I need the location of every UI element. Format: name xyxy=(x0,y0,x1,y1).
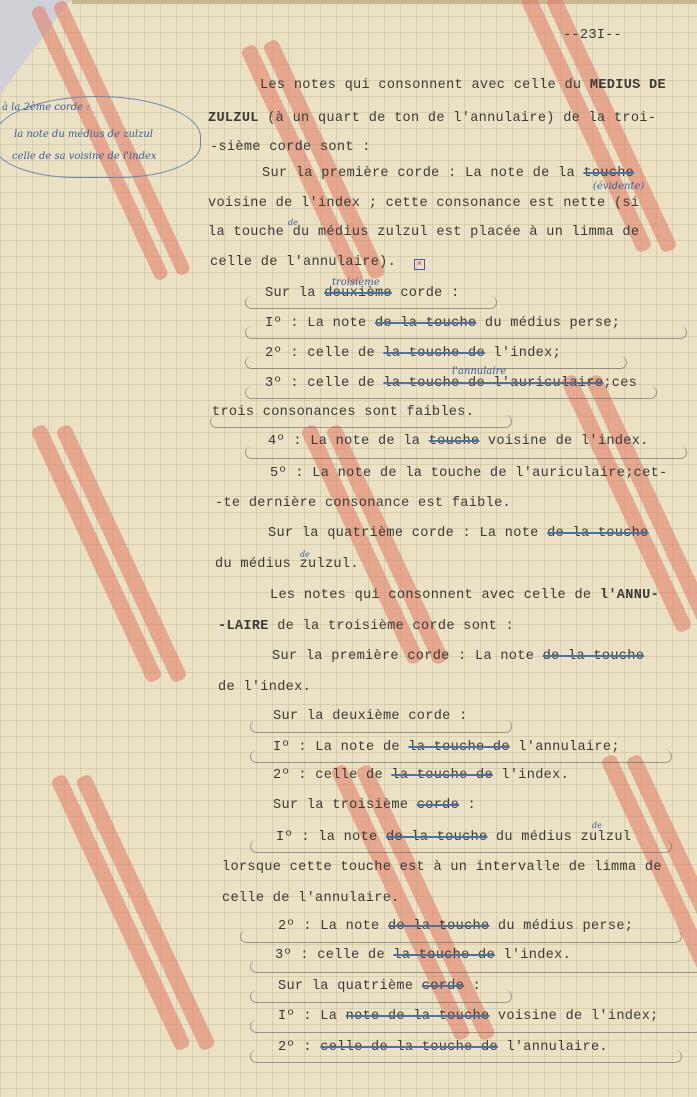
text-span: de l'index. xyxy=(218,680,311,695)
text-line: -te dernière consonance est faible. xyxy=(215,496,511,511)
struck-text: corde xyxy=(417,798,459,813)
text-line: Sur la première corde : La note de la to… xyxy=(272,649,644,664)
annotation-de: de xyxy=(592,821,602,830)
text-line: Sur la première corde : La note de la to… xyxy=(262,166,634,181)
text-span: celle de l'annulaire). xyxy=(210,255,396,270)
text-span: Sur la première corde : La note xyxy=(272,649,543,664)
text-span: Sur la première corde : La note de la xyxy=(262,166,583,181)
text-line: celle de l'annulaire. xyxy=(222,891,400,906)
text-span: Sur la troisième xyxy=(273,798,417,813)
page-number: --23I-- xyxy=(563,27,622,43)
annotation-de: de xyxy=(288,218,298,227)
annotation-de: de xyxy=(300,550,310,559)
text-line: 2º : celle de la touche de l'index. xyxy=(273,768,569,783)
text-span: lorsque cette touche est à un intervalle… xyxy=(222,860,662,875)
text-span: Les notes qui consonnent avec celle de xyxy=(270,588,600,603)
text-line: Les notes qui consonnent avec celle du M… xyxy=(260,78,666,93)
text-span: -te dernière consonance est faible. xyxy=(215,496,511,511)
struck-text: de la touche xyxy=(547,526,649,541)
text-span: 2º : celle de xyxy=(273,768,391,783)
text-span: : xyxy=(459,798,476,813)
bold-text: MEDIUS DE xyxy=(590,78,666,93)
text-line: -LAIRE de la troisième corde sont : xyxy=(218,619,514,634)
checkbox-mark-icon: × xyxy=(414,259,425,270)
bold-text: -LAIRE xyxy=(218,619,269,634)
text-span: de la troisième corde sont : xyxy=(269,619,514,634)
text-line: -sième corde sont : xyxy=(210,140,371,155)
text-line: la touche du médius zulzul est placée à … xyxy=(208,225,639,240)
text-span: voisine de l'index ; cette consonance es… xyxy=(208,196,639,211)
text-span: du médius zulzul. xyxy=(215,557,359,572)
text-span: 5º : La note de la touche de l'auriculai… xyxy=(270,466,668,481)
margin-note-line3: celle de sa voisine de l'index xyxy=(12,151,157,162)
text-span: la touche du médius zulzul est placée à … xyxy=(208,225,639,240)
struck-text: touche xyxy=(583,166,634,181)
margin-note-line1: à la 2ème corde : xyxy=(2,102,90,113)
text-line: de l'index. xyxy=(218,680,311,695)
text-line: Sur la quatrième corde : La note de la t… xyxy=(268,526,649,541)
text-line: voisine de l'index ; cette consonance es… xyxy=(208,196,639,211)
text-span: Les notes qui consonnent avec celle du xyxy=(260,78,590,93)
margin-note-line2: la note du médius de zulzul xyxy=(14,129,153,140)
bold-text: l'ANNU- xyxy=(600,588,659,603)
bold-text: ZULZUL xyxy=(208,111,259,126)
page-top-edge xyxy=(72,0,697,4)
text-line: lorsque cette touche est à un intervalle… xyxy=(222,860,662,875)
text-line: Sur la troisième corde : xyxy=(273,798,476,813)
text-span: l'index. xyxy=(493,768,569,783)
annotation-troisieme: troisième xyxy=(332,277,380,288)
struck-text: de la touche xyxy=(543,649,645,664)
text-line: Les notes qui consonnent avec celle de l… xyxy=(270,588,659,603)
text-line: 5º : La note de la touche de l'auriculai… xyxy=(270,466,668,481)
text-span: (à un quart de ton de l'annulaire) de la… xyxy=(259,111,657,126)
text-line: ZULZUL (à un quart de ton de l'annulaire… xyxy=(208,111,656,126)
annotation-evidente: (évidente) xyxy=(593,181,644,192)
text-line: du médius zulzul. xyxy=(215,557,359,572)
text-span: -sième corde sont : xyxy=(210,140,371,155)
text-line: celle de l'annulaire). xyxy=(210,255,396,270)
struck-text: la touche de xyxy=(391,768,493,783)
text-span: celle de l'annulaire. xyxy=(222,891,400,906)
text-span: Sur la quatrième corde : La note xyxy=(268,526,547,541)
